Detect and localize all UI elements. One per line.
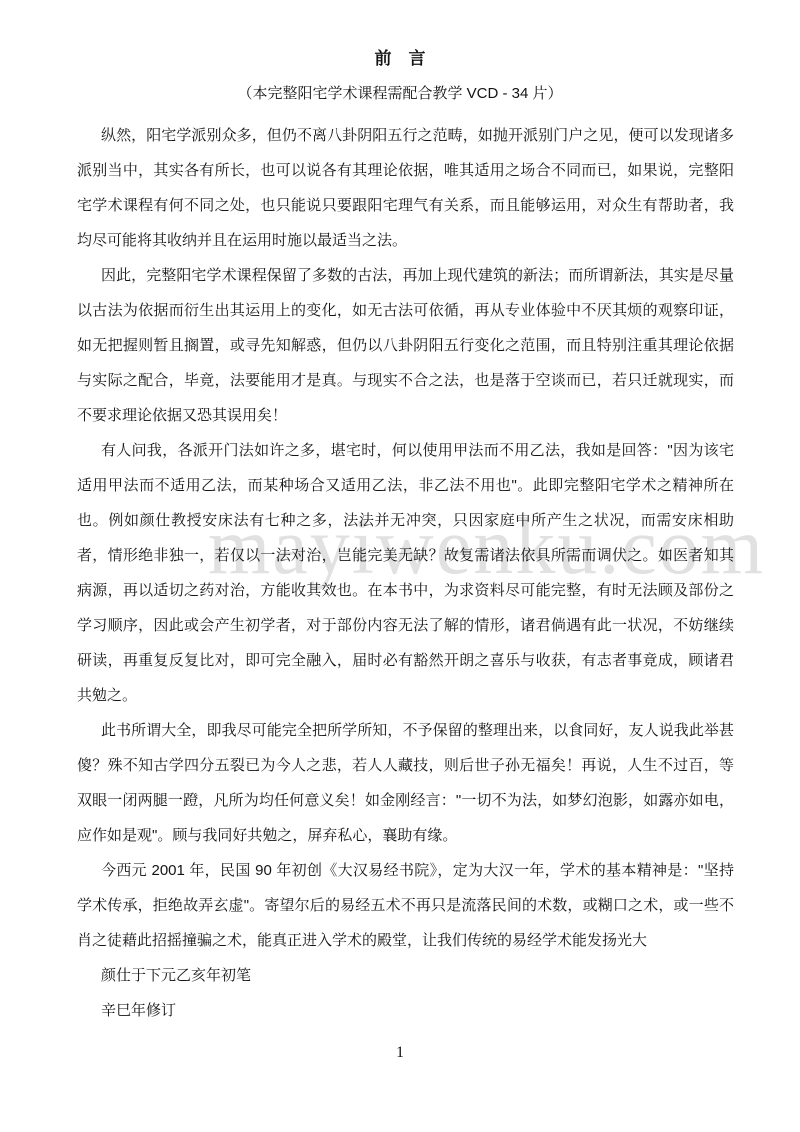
body-paragraph: 有人问我，各派开门法如许之多，堪宅时，何以使用甲法而不用乙法，我如是回答："因为… bbox=[77, 433, 734, 713]
page-number: 1 bbox=[0, 1044, 800, 1062]
doc-body: 纵然，阳宅学派别众多，但仍不离八卦阴阳五行之范畴，如抛开派别门户之见，便可以发现… bbox=[77, 118, 734, 1028]
doc-subtitle: （本完整阳宅学术课程需配合教学 VCD - 34 片） bbox=[0, 82, 800, 103]
signature-author-line: 颜仕于下元乙亥年初笔 bbox=[77, 958, 734, 993]
document-page: mayiwenku.com 前 言 （本完整阳宅学术课程需配合教学 VCD - … bbox=[0, 0, 800, 1132]
body-paragraph: 此书所谓大全，即我尽可能完全把所学所知，不予保留的整理出来，以食同好，友人说我此… bbox=[77, 713, 734, 853]
body-paragraph: 因此，完整阳宅学术课程保留了多数的古法，再加上现代建筑的新法；而所谓新法，其实是… bbox=[77, 258, 734, 433]
body-paragraph: 今西元 2001 年，民国 90 年初创《大汉易经书院》，定为大汉一年，学术的基… bbox=[77, 853, 734, 958]
doc-title: 前 言 bbox=[0, 44, 800, 69]
body-paragraph: 纵然，阳宅学派别众多，但仍不离八卦阴阳五行之范畴，如抛开派别门户之见，便可以发现… bbox=[77, 118, 734, 258]
signature-revision-line: 辛巳年修订 bbox=[77, 993, 734, 1028]
